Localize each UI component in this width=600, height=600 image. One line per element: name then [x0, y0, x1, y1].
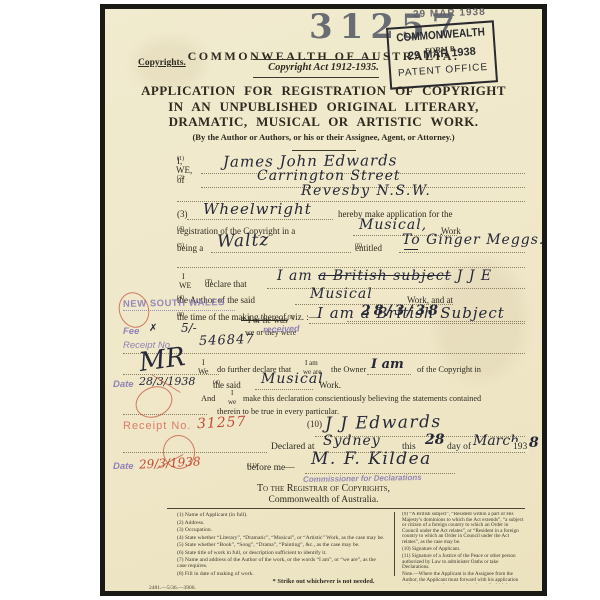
footnote-divider — [167, 508, 525, 509]
footnote-item: (7) Name and address of the Author of th… — [177, 557, 385, 569]
footnote-ref-11: (11) — [247, 463, 257, 469]
strike-out-note: * Strike out whichever is not needed. — [105, 578, 542, 585]
fee-check-mark: ✗ — [149, 323, 157, 334]
declared-place-handwriting: Sydney — [323, 433, 381, 449]
footnote-ref-9: (9) — [288, 315, 295, 321]
declare-initials: J J E — [451, 268, 492, 284]
applicant-street-handwriting: Carrington Street — [257, 168, 401, 184]
print-code: 2481.—5/36.—3906. — [149, 585, 196, 591]
label-declaration: make this declaration conscientiously be… — [243, 394, 481, 403]
footnote-item: (5) State whether “Book”, “Song”, “Drama… — [177, 542, 385, 548]
ruled-line — [367, 373, 411, 375]
declare-struck-text: a British subject — [318, 268, 451, 284]
label-we: WE, — [176, 165, 192, 175]
author-work-type-handwriting: Musical — [310, 286, 373, 302]
label-declared-at: Declared at — [271, 442, 315, 452]
footnotes-left-column: (1) Name of Applicant (in full). (2) Add… — [177, 512, 385, 584]
form-byline: (By the Author or Authors, or his or the… — [105, 132, 542, 142]
footnote-ref-10: (10) — [307, 419, 322, 429]
registrar-line1: To the Registrar of Copyrights, — [105, 483, 542, 494]
receipt-number-handwriting: 546847 — [199, 332, 255, 349]
footnote-ref-1: (1) — [177, 156, 184, 162]
footnote-item: (3) Occupation. — [177, 527, 385, 533]
declare-iam: I am — [277, 268, 318, 284]
footnote-ref-3: (3) — [177, 209, 188, 219]
registrar-line2: Commonwealth of Australia. — [105, 495, 542, 505]
applicant-signature-handwriting: J J Edwards — [325, 412, 442, 434]
ruled-line — [255, 388, 313, 390]
footnote-ref-7: (7) — [205, 279, 212, 285]
receipt-no-stamp-red: Receipt No. — [123, 420, 191, 432]
occupation-handwriting: Wheelwright — [203, 200, 312, 218]
footnote-ref-4c: (4) — [213, 380, 220, 386]
footnote-item: (4) State whether “Literary”, “Dramatic”… — [177, 535, 385, 541]
footnote-ref-4: (4) — [177, 226, 184, 232]
form-title-line2: IN AN UNPUBLISHED ORIGINAL LITERARY, — [105, 99, 542, 115]
received-stamp: received — [263, 323, 300, 334]
label-the-owner: the Owner — [331, 365, 366, 374]
act-title: Copyright Act 1912-1935. — [105, 62, 542, 73]
copyright-application-form: 29 MAR 1938 31257 COMMONWEALTH OF AUSTRA… — [100, 4, 547, 596]
declaration-handwriting: I am a British subject J J E — [277, 268, 492, 284]
footnote-item: (10) Signature of Applicant. — [402, 547, 526, 553]
footnote-ref-6: (6) — [355, 243, 362, 249]
ruled-line — [123, 413, 207, 415]
ruled-line — [309, 322, 525, 324]
receipt-number-red-handwriting: 31257 — [197, 414, 247, 433]
title-underline-ink — [404, 249, 418, 250]
document-photo: 29 MAR 1938 31257 COMMONWEALTH OF AUSTRA… — [0, 0, 600, 600]
date-received-handwriting: 28/3/1938 — [139, 375, 195, 388]
act-rule-top — [253, 59, 379, 60]
footnote-item: (9) “A British subject”, “Resident withi… — [402, 512, 526, 546]
act-rule-bottom — [253, 77, 379, 78]
label-work-dot: Work. — [319, 380, 341, 390]
label-year-prefix: 193 — [511, 442, 529, 452]
work-form-handwriting: Waltz — [217, 230, 270, 252]
work-type-handwriting: Musical, — [359, 217, 427, 233]
label-and: And — [201, 394, 215, 403]
footnote-item: (6) State title of work in full, or desc… — [177, 550, 385, 556]
form-title-line3: DRAMATIC, MUSICAL OR ARTISTIC WORK. — [105, 114, 542, 130]
footnote-item: (8) Fill in date of making of work. — [177, 571, 385, 577]
label-day-of: day of — [445, 442, 473, 452]
date-stamp-label: Date — [113, 379, 134, 390]
form-title-line1: APPLICATION FOR REGISTRATION OF COPYRIGH… — [105, 83, 542, 99]
footnote-ref-8: (8) — [177, 312, 184, 318]
date-entered-handwriting: 29/3/1938 — [139, 454, 201, 471]
declared-year-digit-handwriting: 8 — [529, 435, 539, 451]
footnotes-right-column: (9) “A British subject”, “Resident withi… — [402, 512, 526, 584]
fee-amount-handwriting: 5/- — [181, 321, 197, 335]
nationality-handwriting: I am a British Subject — [317, 304, 505, 322]
said-work-type-handwriting: Musical — [261, 371, 324, 387]
footnote-item: (11) Signature of a Justice of the Peace… — [402, 554, 526, 571]
applicant-suburb-handwriting: Revesby N.S.W. — [301, 183, 431, 199]
footnote-ref-2: (2) — [177, 175, 184, 181]
ruled-line — [399, 251, 525, 253]
footnote-item: (2) Address. — [177, 520, 385, 526]
fee-stamp-label: Fee — [123, 326, 139, 337]
stamp-line-date: 29 MAR 1938 — [390, 44, 495, 63]
label-of-copyright-in: of the Copyright in — [417, 365, 481, 374]
stamp-line-commonwealth: COMMONWEALTH — [388, 26, 493, 46]
ruled-line — [267, 287, 525, 289]
patent-office-stamp: COMMONWEALTH 29 MAR 1938 PATENT OFFICE — [386, 20, 498, 89]
owner-value-handwriting: I am — [371, 357, 404, 372]
date-entered-stamp-label: Date — [113, 461, 134, 472]
declared-day-handwriting: 28 — [425, 432, 444, 448]
footnote-item: (1) Name of Applicant (in full). — [177, 512, 385, 518]
footnote-ref-5: (5) — [177, 243, 184, 249]
footnote-column-divider — [394, 512, 395, 576]
ruled-line — [187, 218, 333, 220]
work-title-handwriting: To Ginger Meggs. — [402, 232, 544, 248]
witness-signature-handwriting: M. F. Kildea — [311, 449, 432, 469]
